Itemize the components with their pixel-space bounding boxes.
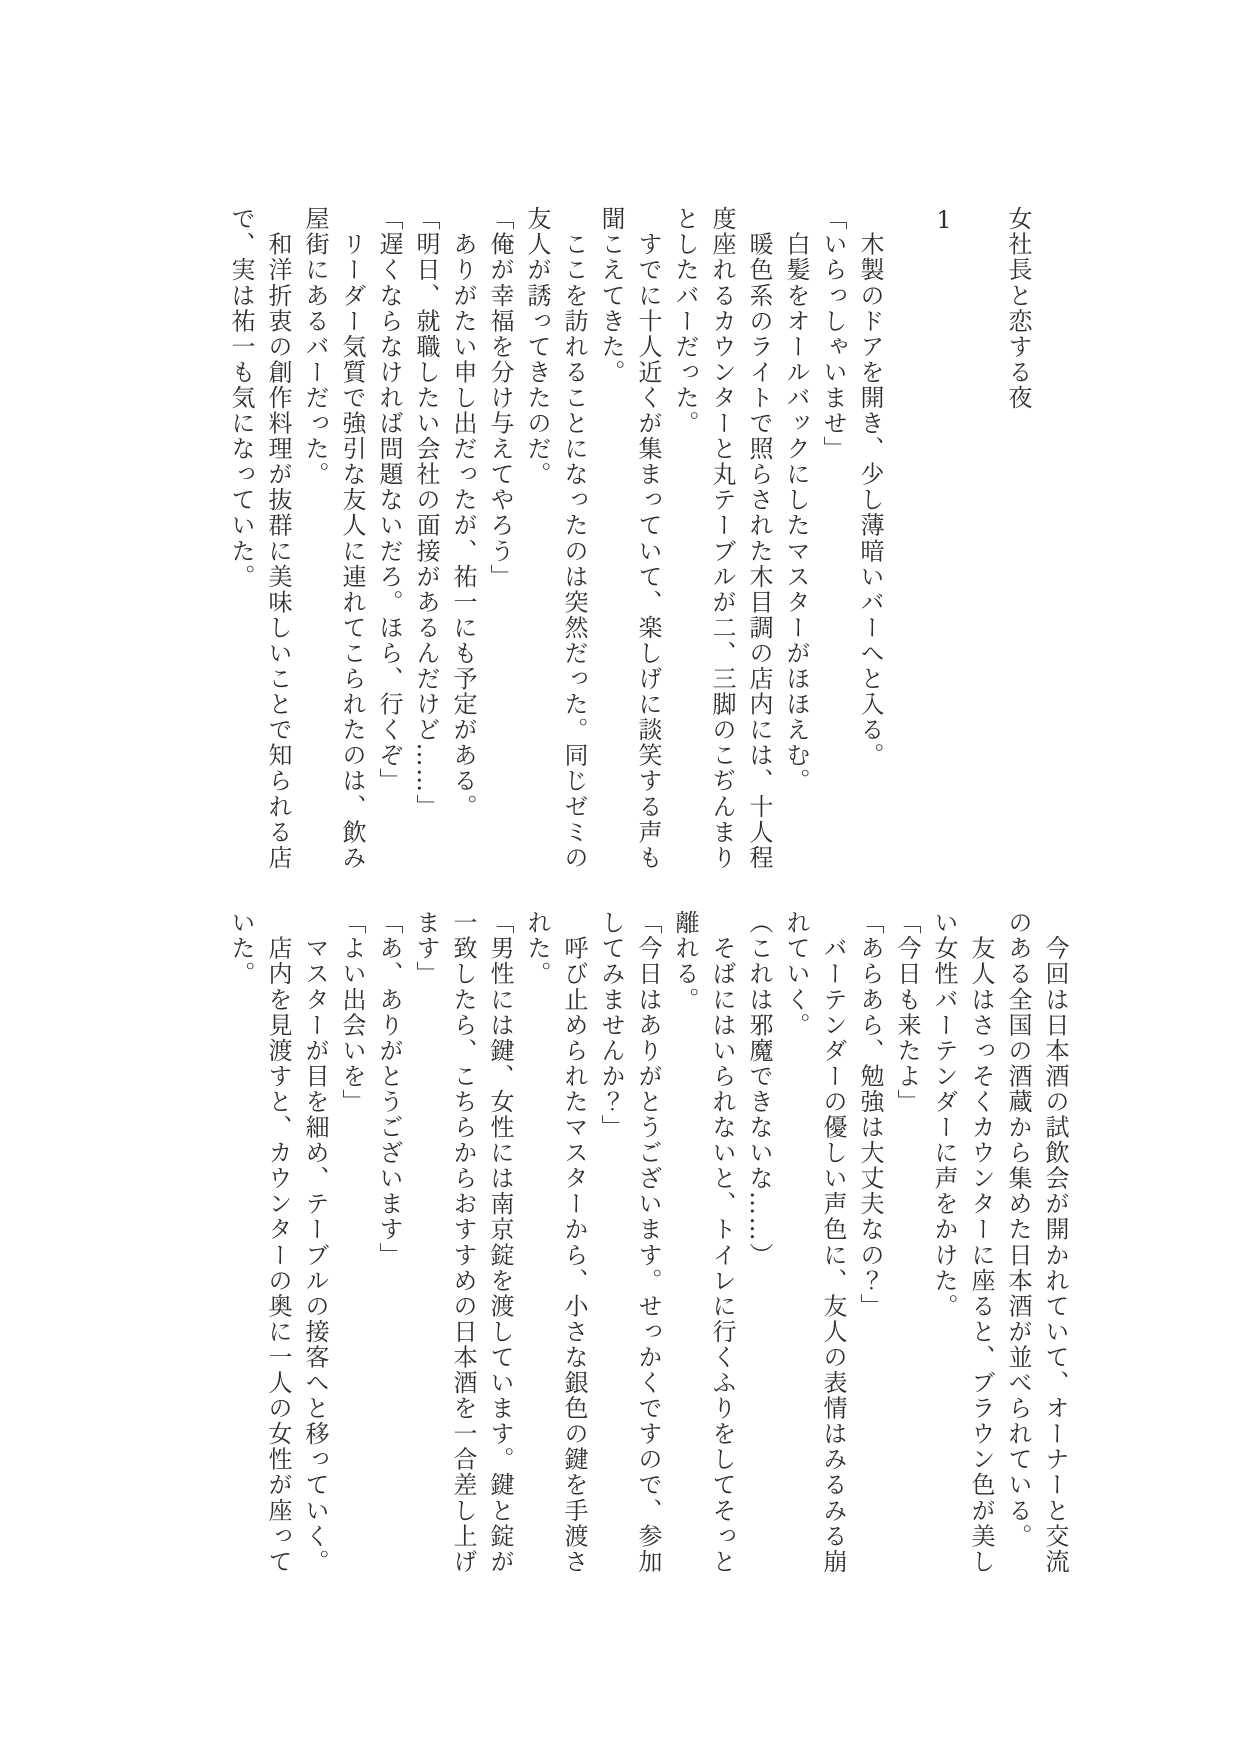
paragraph: ここを訪れることになったのは突然だった。同じゼミの友人が誘ってきたのだ。: [518, 206, 592, 874]
paragraph: 呼び止められたマスターから、小さな銀色の鍵を手渡された。: [518, 910, 592, 1578]
paragraph: 友人はさっそくカウンターに座ると、ブラウン色が美しい女性バーテンダーに声をかけた…: [925, 910, 999, 1578]
paragraph: 暖色系のライトで照らされた木目調の店内には、十人程度座れるカウンターと丸テーブル…: [666, 206, 777, 874]
paragraph: ありがたい申し出だったが、祐一にも予定がある。: [444, 206, 481, 874]
paragraph: バーテンダーの優しい声色に、友人の表情はみるみる崩れていく。: [777, 910, 851, 1578]
paragraph: そばにはいられないと、トイレに行くふりをしてそっと離れる。: [666, 910, 740, 1578]
novel-title: 女社長と恋する夜: [999, 206, 1036, 874]
paragraph: マスターが目を細め、テーブルの接客へと移っていく。: [296, 910, 333, 1578]
paragraph: 木製のドアを開き、少し薄暗いバーへと入る。: [851, 206, 888, 874]
paragraph: 和洋折衷の創作料理が抜群に美味しいことで知られる店で、実は祐一も気になっていた。: [222, 206, 296, 874]
paragraph: （これは邪魔できないな……）: [740, 910, 777, 1578]
paragraph: 「今日はありがとうございます。せっかくですので、参加してみませんか？」: [592, 910, 666, 1578]
lower-text-block: 今回は日本酒の試飲会が開かれていて、オーナーと交流のある全国の酒蔵から集めた日本…: [193, 910, 1073, 1578]
paragraph: 今回は日本酒の試飲会が開かれていて、オーナーと交流のある全国の酒蔵から集めた日本…: [999, 910, 1073, 1578]
paragraph: 「あ、ありがとうございます」: [370, 910, 407, 1578]
upper-text-block: 女社長と恋する夜1 木製のドアを開き、少し薄暗いバーへと入る。「いらっしゃいませ…: [193, 206, 1073, 874]
paragraph: 「男性には鍵、女性には南京錠を渡しています。鍵と錠が一致したら、こちらからおすす…: [407, 910, 518, 1578]
text-area: 女社長と恋する夜1 木製のドアを開き、少し薄暗いバーへと入る。「いらっしゃいませ…: [193, 206, 1073, 1578]
paragraph: すでに十人近くが集まっていて、楽しげに談笑する声も聞こえてきた。: [592, 206, 666, 874]
novel-page: 女社長と恋する夜1 木製のドアを開き、少し薄暗いバーへと入る。「いらっしゃいませ…: [0, 0, 1241, 1755]
paragraph: リーダー気質で強引な友人に連れてこられたのは、飲み屋街にあるバーだった。: [296, 206, 370, 874]
blank-line: [888, 206, 925, 874]
paragraph: 「あらあら、勉強は大丈夫なの？」: [851, 910, 888, 1578]
paragraph: 「よい出会いを」: [333, 910, 370, 1578]
paragraph: 「俺が幸福を分け与えてやろう」: [481, 206, 518, 874]
chapter-number: 1: [925, 206, 962, 874]
blank-line: [1036, 206, 1073, 874]
paragraph: 白髪をオールバックにしたマスターがほほえむ。: [777, 206, 814, 874]
paragraph: 「いらっしゃいませ」: [814, 206, 851, 874]
paragraph: 「明日、就職したい会社の面接があるんだけど……」: [407, 206, 444, 874]
paragraph: 「遅くならなければ問題ないだろ。ほら、行くぞ」: [370, 206, 407, 874]
blank-line: [962, 206, 999, 874]
paragraph: 店内を見渡すと、カウンターの奥に一人の女性が座っていた。: [222, 910, 296, 1578]
paragraph: 「今日も来たよ」: [888, 910, 925, 1578]
